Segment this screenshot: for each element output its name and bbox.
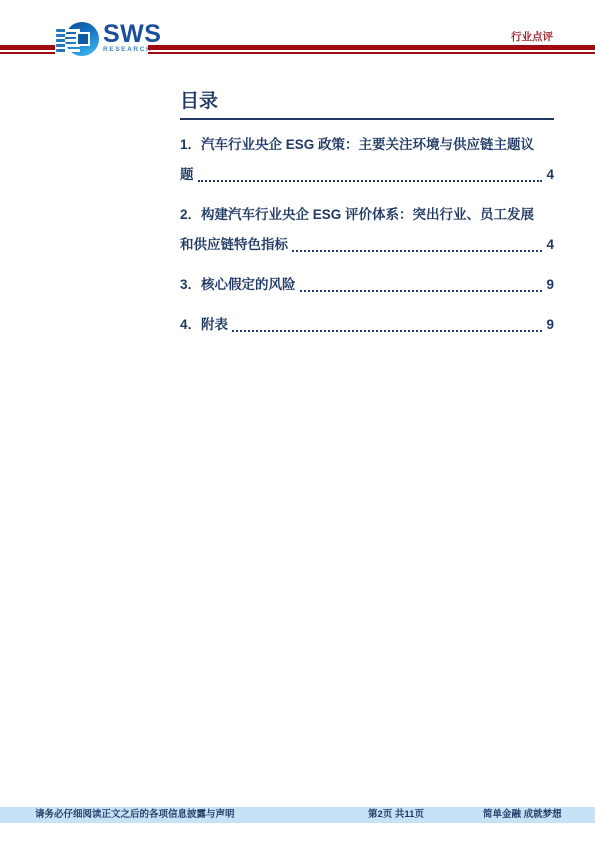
globe-square xyxy=(76,32,90,46)
toc-entry-text: 1．汽车行业央企 ESG 政策：主要关注环境与供应链主题议 xyxy=(180,130,554,160)
toc-title: 目录 xyxy=(180,91,554,113)
sws-logo: SWS RESEARCH xyxy=(56,20,161,62)
toc-entry-text: 和供应链特色指标 xyxy=(180,230,288,260)
toc-page-number: 4 xyxy=(546,230,554,260)
dot-leader xyxy=(292,250,542,252)
toc-entry-text: 2．构建汽车行业央企 ESG 评价体系：突出行业、员工发展 xyxy=(180,200,554,230)
toc-entry-3[interactable]: 3．核心假定的风险 9 xyxy=(180,270,554,300)
footer-page-info: 第2页 共11页 xyxy=(368,807,424,823)
toc-entry-text: 3．核心假定的风险 xyxy=(180,270,296,300)
toc-entry-4[interactable]: 4．附表 9 xyxy=(180,310,554,340)
sws-globe-icon xyxy=(56,20,100,58)
report-type-label: 行业点评 xyxy=(511,29,553,44)
toc-entry-text: 题 xyxy=(180,160,194,190)
toc-list: 1．汽车行业央企 ESG 政策：主要关注环境与供应链主题议 题 4 2．构建汽车… xyxy=(180,130,554,340)
rule-thin-line xyxy=(148,52,595,54)
toc-page-number: 4 xyxy=(546,160,554,190)
document-page: SWS RESEARCH 行业点评 目录 1．汽车行业央企 ESG 政策：主要关… xyxy=(0,0,595,841)
toc-entry-2[interactable]: 2．构建汽车行业央企 ESG 评价体系：突出行业、员工发展 和供应链特色指标 4 xyxy=(180,200,554,260)
dot-leader xyxy=(300,290,543,292)
header-rule-right xyxy=(148,45,595,54)
toc-entry-text: 4．附表 xyxy=(180,310,228,340)
toc-title-underline xyxy=(180,118,554,120)
toc-entry-1[interactable]: 1．汽车行业央企 ESG 政策：主要关注环境与供应链主题议 题 4 xyxy=(180,130,554,190)
footer-bar: 请务必仔细阅读正文之后的各项信息披露与声明 第2页 共11页 简单金融 成就梦想 xyxy=(0,807,595,823)
dot-leader xyxy=(232,330,542,332)
dot-leader xyxy=(198,180,543,182)
globe-circle xyxy=(65,22,99,56)
table-of-contents: 目录 1．汽车行业央企 ESG 政策：主要关注环境与供应链主题议 题 4 2．构… xyxy=(180,91,554,340)
globe-line xyxy=(65,49,80,52)
footer-disclaimer: 请务必仔细阅读正文之后的各项信息披露与声明 xyxy=(35,807,235,823)
toc-page-number: 9 xyxy=(546,270,554,300)
logo-wordmark: SWS xyxy=(103,23,161,45)
footer-slogan: 简单金融 成就梦想 xyxy=(483,807,562,823)
toc-page-number: 9 xyxy=(546,310,554,340)
rule-thin-line xyxy=(0,52,55,54)
header-rule-left xyxy=(0,45,55,54)
